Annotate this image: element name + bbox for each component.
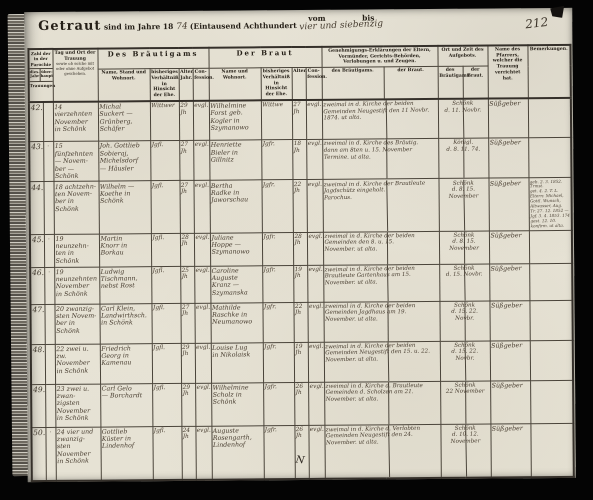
register-table-body: 42.14 vierzehnten November in SchönkMich…	[29, 98, 574, 481]
bride-age: 22 Jh	[292, 180, 307, 232]
register-row: 50.·24 vier und zwanzig- sten November i…	[31, 423, 573, 481]
groom-name: Carl Gelo — Borchardt	[100, 383, 152, 426]
banns-place-date: Schönk d. 8. 15. November	[438, 178, 489, 231]
register-row: 49.23 zwei u. zwan- zigsten November in …	[31, 380, 573, 427]
remarks	[530, 380, 573, 423]
col-header-consent-bride: der Braut.	[384, 67, 438, 100]
groom-confession: evgl.	[195, 343, 212, 383]
remarks	[529, 263, 573, 301]
groom-age: 27 Jh	[179, 141, 193, 181]
bride-name: Wilhelmine Forst geb. Kogler in Szymanow…	[209, 100, 262, 141]
col-group-banns: Ort und Zeit des Aufgebots.	[437, 46, 487, 67]
marriage-date: 20 zwanzig- sten Novem- ber in Schönk	[54, 304, 99, 344]
bride-confession: evgl.	[306, 100, 323, 140]
title-getraut: Getraut	[38, 19, 101, 34]
banns-place-date: Schönk 22 November	[440, 381, 490, 424]
bride-age: 27 Jh	[292, 100, 307, 140]
banns-place-date: Königl. d. 8. 11. 74.	[438, 138, 488, 179]
groom-confession: evgl.	[194, 233, 210, 266]
bride-age: 28 Jh	[293, 232, 307, 265]
bride-name: Juliane Hoppe — Szymanowo	[210, 232, 262, 265]
groom-age: 27 Jh	[179, 181, 194, 233]
marriage-date: 24 vier und zwanzig- sten November in Sc…	[55, 426, 101, 481]
col-header-pastor: Name des Pfarrers, welcher die Trauung v…	[487, 45, 527, 98]
groom-name: Martin Knorr in Borkau	[99, 233, 151, 266]
bride-age: 22 Jh	[293, 302, 307, 342]
col-header-bride-age: Alter.	[292, 68, 306, 100]
pastor-name: Süßgeber	[490, 340, 531, 381]
groom-status: Jgfl.	[152, 343, 182, 384]
bride-confession: evgl.	[308, 342, 325, 382]
date-sub-label: sowie ob solche mit oder ohne Aufgebot g…	[54, 62, 96, 77]
entry-tick	[45, 384, 55, 427]
entry-tick: ·	[44, 267, 54, 304]
ink-mark: N	[295, 454, 305, 466]
consent-declarations: zweimal in d. Kirche des Bräutig. dann a…	[322, 139, 438, 180]
entry-tick	[44, 304, 54, 344]
bride-name: Henriette Bieler in Gillnitz	[209, 140, 261, 181]
groom-confession: evgl.	[193, 181, 210, 233]
groom-status: Jgfl.	[150, 141, 179, 181]
bride-status: Jgfr.	[262, 302, 293, 342]
entry-tick	[45, 344, 55, 384]
marriage-date: 18 achtzehn- ten Novem- ber in Schönk	[53, 181, 99, 234]
bride-confession: evgl.	[308, 382, 324, 425]
zahl-sub2-label: über- haupt	[41, 69, 53, 81]
banns-place-date: Schönk d. 15. 22. Novbr.	[439, 301, 489, 341]
bride-name: Caroline Auguste Kranz — Szymanska	[210, 265, 263, 303]
marriage-date: 19 neunzehn- ten in Schönk	[54, 234, 99, 267]
bride-age: 26 Jh	[294, 382, 308, 425]
col-header-groom-name: Name, Stand und Wohnort.	[98, 69, 150, 102]
banns-place-date: Schönk d. 15. 22. Novbr.	[440, 340, 491, 381]
col-header-bride-status: bisheriges Verhältniß in Hinsicht der Eh…	[261, 68, 292, 100]
remarks	[529, 230, 572, 263]
pastor-name: Süßgeber	[489, 300, 529, 340]
col-header-consent-groom: des Bräutigams.	[322, 67, 384, 100]
bride-status: Jgfr.	[261, 140, 292, 180]
consent-declarations: zweimal in d. Kirche der beiden Gemeinde…	[322, 98, 439, 140]
bride-confession: evgl.	[306, 180, 323, 232]
consent-declarations: zweimal in d. Kirche d. Verlobten Gemein…	[324, 423, 441, 479]
entry-number: 45.	[30, 234, 44, 267]
groom-status: Jgfl.	[150, 181, 180, 234]
register-row: 43.·15 fünfzehnten — Novem- ber — Schönk…	[29, 138, 571, 182]
entry-tick	[43, 182, 53, 234]
entry-number: 46.	[30, 267, 45, 304]
register-page: Getraut sind im Jahre 18 74 (Eintausend …	[24, 8, 576, 482]
col-header-groom-age: Alter. Jahr.	[179, 69, 193, 101]
bride-confession: evgl.	[306, 140, 322, 180]
date-range: vom bis	[308, 13, 488, 23]
bride-status: Wittwe	[261, 100, 293, 141]
zahl-sub1-label: dies. Jahr	[30, 69, 41, 81]
register-row: 45.·19 neunzehn- ten in SchönkMartin Kno…	[30, 230, 572, 267]
entry-tick	[43, 102, 53, 142]
marriage-date: 22 zwei u. zw. November in Schönk	[55, 343, 101, 384]
pastor-name: Süßgeber	[490, 380, 530, 423]
col-header-bride-name: Name und Wohnort.	[209, 68, 261, 101]
entry-number: 43.	[29, 142, 43, 182]
col-header-date: Tag und Ort der Trauung sowie ob solche …	[52, 49, 97, 102]
col-group-groom: Des Bräutigams	[97, 48, 208, 70]
table-header: Zahl der in der Parochie dies. Jahr über…	[28, 45, 570, 102]
groom-confession: evgl.	[193, 141, 209, 181]
banns-place-date: Schönk d. 15. Novbr.	[439, 263, 490, 301]
title-year-handwritten: 74	[176, 22, 188, 32]
title-printed: sind im Jahre 18	[104, 22, 173, 32]
register-row: 44.18 achtzehn- ten Novem- ber in Schönk…	[29, 178, 571, 234]
bride-status: Jgfr.	[262, 265, 294, 303]
consent-declarations: zweimal in d. Kirche der beiden Brautleu…	[323, 263, 440, 302]
col-header-zahl: Zahl der in der Parochie dies. Jahr über…	[28, 49, 52, 102]
col-group-bride: Der Braut	[208, 47, 321, 69]
entry-tick: ·	[43, 142, 53, 182]
entry-number: 42.	[29, 102, 44, 142]
banns-place-date: Schönk d. 8. 15. November	[439, 231, 489, 264]
groom-age: 25 Jh	[180, 266, 195, 303]
remarks	[528, 138, 571, 178]
bride-age: 18 Jh	[292, 140, 306, 180]
bride-status: Jgfr.	[263, 382, 294, 425]
entry-tick: ·	[44, 234, 54, 267]
groom-name: Gottlieb Küster in Lindenhof	[100, 426, 153, 481]
marriage-date: 14 vierzehnten November in Schönk	[53, 101, 99, 142]
register-row: 47.20 zwanzig- sten Novem- ber in Schönk…	[30, 300, 572, 344]
groom-status: Jgfl.	[151, 233, 180, 266]
groom-age: 29 Jh	[181, 383, 195, 426]
pastor-name: Süßgeber	[489, 230, 529, 263]
pastor-name: Süßgeber	[490, 423, 531, 478]
remarks: geb. 2. 3. 1852. Trmst. get. 4. 2. T. L.…	[528, 178, 572, 231]
pastor-name: Süßgeber	[488, 178, 529, 231]
col-header-groom-confession: Con- fession.	[193, 68, 209, 100]
entry-number: 44.	[29, 182, 44, 234]
marriage-date: 23 zwei u. zwan- zigsten November in Sch…	[55, 384, 100, 427]
col-header-remarks: Bemerkungen.	[527, 45, 570, 98]
groom-confession: evgl.	[194, 303, 210, 343]
groom-name: Wilhelm — Koethe in Schönk	[98, 181, 151, 234]
marriage-register-table: Zahl der in der Parochie dies. Jahr über…	[27, 44, 574, 482]
bride-age: 19 Jh	[294, 342, 309, 382]
consent-declarations: zweimal in d. Kirche d. Brautleute Gemei…	[324, 381, 440, 425]
groom-confession: evgl.	[195, 426, 212, 480]
groom-name: Michal Suckert — Grünberg, Schäfer	[98, 101, 151, 142]
remarks	[529, 300, 572, 340]
bride-age: 26 Jh	[294, 425, 309, 479]
groom-name: Ludwig Tischmann, nebst Rost	[99, 266, 152, 304]
entry-number: 48.	[31, 344, 46, 384]
groom-age: 29 Jh	[181, 343, 196, 383]
banns-place-date: Schönk d. 11. Novbr.	[438, 98, 489, 139]
groom-confession: evgl.	[193, 101, 210, 141]
bride-name: Auguste Rosengarth, Lindenhof	[211, 425, 264, 480]
entry-number: 47.	[30, 304, 44, 344]
groom-status: Jgfl.	[152, 426, 182, 481]
groom-status: Jgfl.	[151, 303, 180, 343]
groom-age: 29 Jh	[179, 101, 194, 141]
register-row: 48.22 zwei u. zw. November in SchönkFrie…	[31, 340, 573, 384]
marriage-date: 15 fünfzehnten — Novem- ber — Schönk	[53, 141, 98, 181]
groom-confession: evgl.	[194, 266, 211, 303]
range-from-label: vom	[308, 14, 325, 23]
col-header-bride-confession: Con- fession.	[306, 68, 322, 100]
consent-declarations: zweimal in d. Kirche der Brautleute Jagd…	[322, 178, 439, 232]
bride-status: Jgfr.	[263, 342, 295, 383]
consent-declarations: zweimal in d. Kirche der beiden Gemeinde…	[323, 301, 439, 342]
marriage-date: 19 neunzehnten November in Schönk	[54, 266, 100, 304]
range-to-label: bis	[362, 13, 374, 22]
bride-confession: evgl.	[307, 265, 324, 302]
entry-number: 49.	[31, 384, 45, 427]
groom-name: Carl Klein, Landwirthsch. in Schönk	[99, 303, 151, 343]
bride-name: Wilhelmine Scholz in Schönk	[211, 382, 263, 425]
bride-confession: evgl.	[307, 232, 323, 265]
pastor-name: Süßgeber	[488, 138, 528, 178]
register-row: 46.·19 neunzehnten November in SchönkLud…	[30, 263, 572, 304]
groom-confession: evgl.	[195, 383, 211, 426]
register-row: 42.14 vierzehnten November in SchönkMich…	[29, 98, 571, 142]
bride-status: Jgfr.	[261, 180, 293, 233]
pastor-name: Süßgeber	[488, 98, 529, 139]
bride-name: Bertha Radke in Jaworschau	[209, 180, 262, 233]
title-printed-2: (Eintausend Achthundert	[190, 21, 297, 31]
bride-name: Louise Lug in Nikolaisk	[211, 342, 264, 383]
groom-status: Wittwer	[150, 101, 180, 142]
entry-number: 50.	[31, 427, 46, 481]
pastor-name: Süßgeber	[489, 263, 530, 301]
bride-confession: evgl.	[307, 302, 323, 342]
col-group-consent: Genehmigungs-Erklärungen der Eltern, Vor…	[321, 46, 437, 68]
remarks	[530, 423, 574, 478]
remarks	[530, 340, 574, 381]
groom-name: Joh. Gottlieb Sobieraj, Michelsdorf — Hä…	[98, 141, 150, 182]
groom-age: 27 Jh	[180, 303, 194, 343]
consent-declarations: zweimal in d. Kirche der beiden Gemeinde…	[324, 340, 441, 382]
bride-name: Mathilde Raschke in Neumanowo	[210, 302, 262, 342]
bride-age: 19 Jh	[293, 265, 308, 302]
groom-name: Friedrich Georg in Kamenau	[100, 343, 153, 384]
col-header-groom-status: bisheriges Verhältniß in Hinsicht der Eh…	[150, 69, 179, 101]
entry-tick: ·	[45, 427, 55, 481]
banns-place-date: Schönk d. 10. 12. November	[440, 423, 491, 478]
groom-status: Jgfl.	[152, 383, 181, 426]
groom-age: 28 Jh	[180, 233, 194, 266]
col-header-banns-groom: des Bräutigams.	[438, 66, 463, 98]
page-number: 212	[525, 15, 549, 31]
bride-status: Jgfr.	[262, 232, 293, 265]
consent-declarations: zweimal in d. Kirche der beiden Gemeinde…	[323, 231, 439, 265]
groom-age: 24 Jh	[181, 426, 196, 480]
remarks	[528, 98, 572, 139]
groom-status: Jgfl.	[151, 266, 181, 304]
zahl-bottom-label: Trauungen	[30, 81, 53, 89]
col-header-banns-bride: der Braut.	[463, 66, 488, 98]
zahl-top-label: Zahl der in der Parochie	[29, 50, 52, 69]
bride-confession: evgl.	[308, 425, 325, 479]
bride-status: Jgfr.	[263, 425, 295, 480]
